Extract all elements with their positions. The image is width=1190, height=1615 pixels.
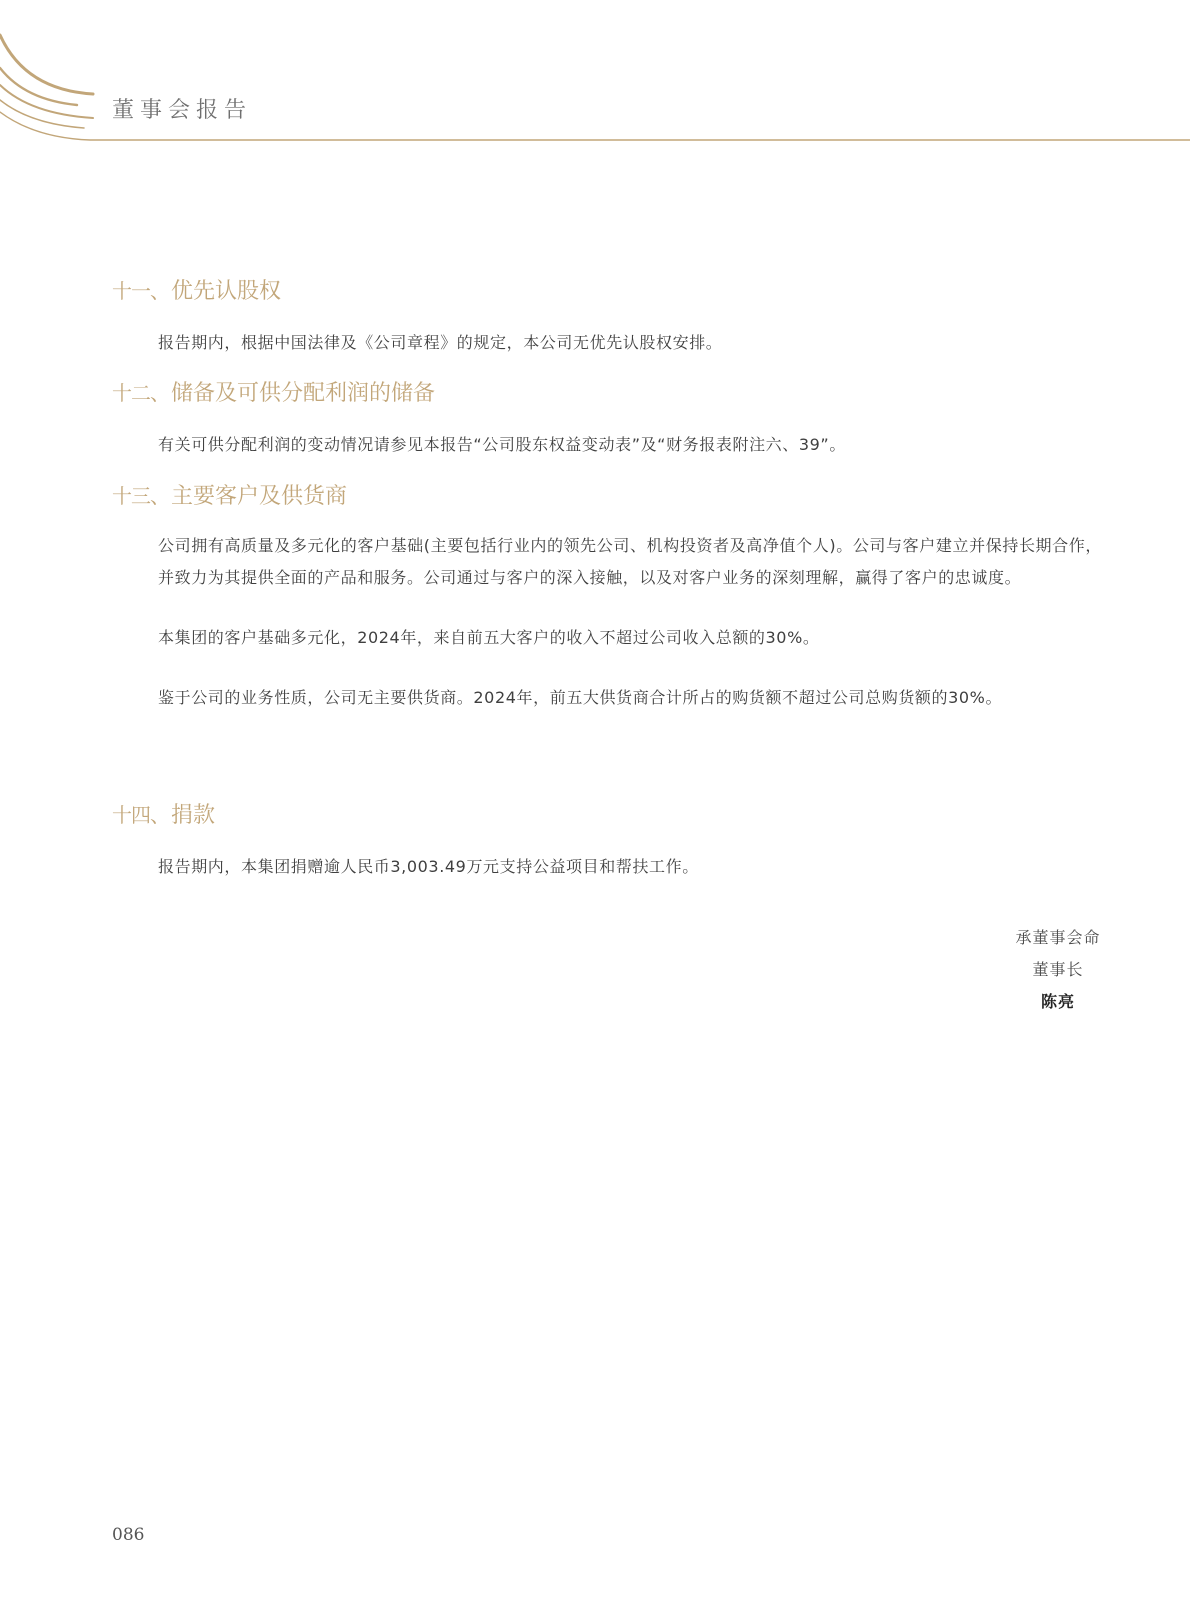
section-number: 十三、 xyxy=(112,484,169,508)
section-number: 十二、 xyxy=(112,381,169,405)
header-arc-decoration xyxy=(0,0,1190,150)
paragraph: 报告期内，本集团捐赠逾人民币3,003.49万元支持公益项目和帮扶工作。 xyxy=(158,851,1102,883)
section-title: 储备及可供分配利润的储备 xyxy=(171,381,435,406)
signature-block: 承董事会命 董事长 陈亮 xyxy=(990,922,1126,1018)
section-reserves: 十二、储备及可供分配利润的储备 有关可供分配利润的变动情况请参见本报告“公司股东… xyxy=(112,378,1102,461)
paragraph: 报告期内，根据中国法律及《公司章程》的规定，本公司无优先认股权安排。 xyxy=(158,327,1102,359)
paragraph: 本集团的客户基础多元化，2024年，来自前五大客户的收入不超过公司收入总额的30… xyxy=(158,622,1102,654)
signature-line-title: 董事长 xyxy=(990,954,1126,986)
section-title: 捐款 xyxy=(171,803,215,828)
section-number: 十四、 xyxy=(112,803,169,827)
section-title: 主要客户及供货商 xyxy=(171,484,347,509)
section-heading: 十三、主要客户及供货商 xyxy=(112,481,1102,512)
section-preemptive-rights: 十一、优先认股权 报告期内，根据中国法律及《公司章程》的规定，本公司无优先认股权… xyxy=(112,276,1102,359)
paragraph: 有关可供分配利润的变动情况请参见本报告“公司股东权益变动表”及“财务报表附注六、… xyxy=(158,429,1102,461)
section-title: 优先认股权 xyxy=(171,279,281,304)
paragraph: 公司拥有高质量及多元化的客户基础(主要包括行业内的领先公司、机构投资者及高净值个… xyxy=(158,530,1102,594)
section-heading: 十四、捐款 xyxy=(112,800,1102,831)
page-number: 086 xyxy=(112,1524,144,1546)
section-heading: 十二、储备及可供分配利润的储备 xyxy=(112,378,1102,409)
running-header-title: 董事会报告 xyxy=(112,96,252,126)
signature-name: 陈亮 xyxy=(990,986,1126,1018)
section-number: 十一、 xyxy=(112,279,169,303)
paragraph: 鉴于公司的业务性质，公司无主要供货商。2024年，前五大供货商合计所占的购货额不… xyxy=(158,682,1102,714)
section-heading: 十一、优先认股权 xyxy=(112,276,1102,307)
section-donations: 十四、捐款 报告期内，本集团捐赠逾人民币3,003.49万元支持公益项目和帮扶工… xyxy=(112,800,1102,883)
section-customers-suppliers: 十三、主要客户及供货商 公司拥有高质量及多元化的客户基础(主要包括行业内的领先公… xyxy=(112,481,1102,714)
signature-line-order: 承董事会命 xyxy=(990,922,1126,954)
